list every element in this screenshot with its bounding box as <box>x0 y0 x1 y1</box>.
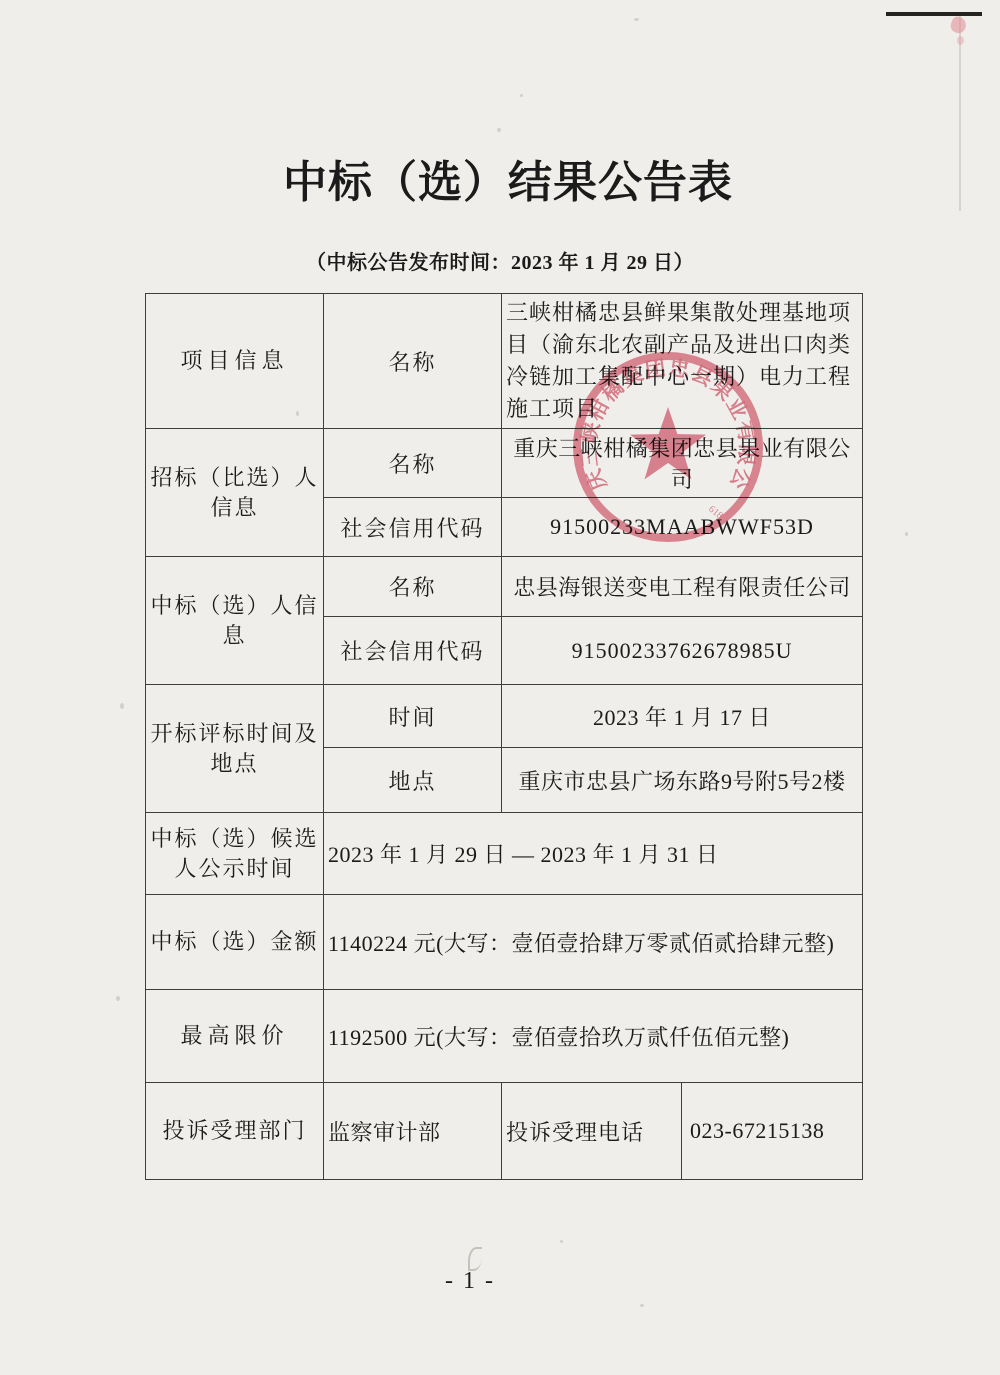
table-row: 招标（比选）人信息 名称 重庆三峡柑橘集团忠县果业有限公司 <box>146 429 863 498</box>
bid-opening-place-label: 地点 <box>324 748 502 813</box>
publicity-period-value: 2023 年 1 月 29 日 — 2023 年 1 月 31 日 <box>324 813 863 895</box>
scan-speck <box>905 532 908 536</box>
complaint-phone-value: 023-67215138 <box>682 1083 863 1180</box>
winner-name-value: 忠县海银送变电工程有限责任公司 <box>502 557 863 617</box>
scan-speck <box>116 996 120 1001</box>
table-row: 最高限价 1192500 元(大写：壹佰壹拾玖万贰仟伍佰元整) <box>146 990 863 1083</box>
scan-speck <box>634 18 639 21</box>
scan-artifact-red-smudge <box>957 36 964 45</box>
tenderer-credit-code-value: 91500233MAABWWF53D <box>502 498 863 557</box>
scanned-document-page: 中标（选）结果公告表 （中标公告发布时间：2023 年 1 月 29 日） 项目… <box>0 0 1000 1375</box>
publicity-period-label: 中标（选）候选人公示时间 <box>146 813 324 895</box>
bid-opening-time-value: 2023 年 1 月 17 日 <box>502 685 863 748</box>
scan-speck <box>520 94 523 97</box>
winner-credit-code-value: 91500233762678985U <box>502 617 863 685</box>
scan-artifact-corner-line <box>886 12 982 16</box>
bid-opening-label: 开标评标时间及地点 <box>146 685 324 813</box>
page-number: - 1 - <box>0 1268 940 1295</box>
table-row: 投诉受理部门 监察审计部 投诉受理电话 023-67215138 <box>146 1083 863 1180</box>
project-info-label: 项目信息 <box>146 294 324 429</box>
table-row: 中标（选）人信息 名称 忠县海银送变电工程有限责任公司 <box>146 557 863 617</box>
project-name-label: 名称 <box>324 294 502 429</box>
winner-credit-code-label: 社会信用代码 <box>324 617 502 685</box>
tenderer-info-label: 招标（比选）人信息 <box>146 429 324 557</box>
tenderer-name-value: 重庆三峡柑橘集团忠县果业有限公司 <box>502 429 863 498</box>
scan-artifact-red-smudge <box>949 15 969 35</box>
table-row: 中标（选）候选人公示时间 2023 年 1 月 29 日 — 2023 年 1 … <box>146 813 863 895</box>
complaint-phone-label: 投诉受理电话 <box>502 1083 682 1180</box>
scan-speck <box>497 128 501 132</box>
winning-amount-label: 中标（选）金额 <box>146 895 324 990</box>
complaint-dept-label: 投诉受理部门 <box>146 1083 324 1180</box>
project-name-value: 三峡柑橘忠县鲜果集散处理基地项目（渝东北农副产品及进出口肉类冷链加工集配中心一期… <box>502 294 863 429</box>
document-title: 中标（选）结果公告表 <box>8 146 1000 210</box>
price-ceiling-value: 1192500 元(大写：壹佰壹拾玖万贰仟伍佰元整) <box>324 990 863 1083</box>
table-row: 开标评标时间及地点 时间 2023 年 1 月 17 日 <box>146 685 863 748</box>
winner-info-label: 中标（选）人信息 <box>146 557 324 685</box>
scan-artifact-edge-line <box>959 16 961 211</box>
price-ceiling-label: 最高限价 <box>146 990 324 1083</box>
complaint-dept-value: 监察审计部 <box>324 1083 502 1180</box>
scan-speck <box>120 703 124 709</box>
bid-opening-time-label: 时间 <box>324 685 502 748</box>
scan-speck <box>640 1304 644 1307</box>
bid-opening-place-value: 重庆市忠县广场东路9号附5号2楼 <box>502 748 863 813</box>
table-row: 项目信息 名称 三峡柑橘忠县鲜果集散处理基地项目（渝东北农副产品及进出口肉类冷链… <box>146 294 863 429</box>
bid-result-table: 项目信息 名称 三峡柑橘忠县鲜果集散处理基地项目（渝东北农副产品及进出口肉类冷链… <box>145 293 863 1180</box>
announcement-date-subtitle: （中标公告发布时间：2023 年 1 月 29 日） <box>0 246 1000 275</box>
scan-speck <box>560 1240 563 1243</box>
tenderer-credit-code-label: 社会信用代码 <box>324 498 502 557</box>
tenderer-name-label: 名称 <box>324 429 502 498</box>
winner-name-label: 名称 <box>324 557 502 617</box>
scan-speck <box>296 411 299 416</box>
table-row: 中标（选）金额 1140224 元(大写：壹佰壹拾肆万零贰佰贰拾肆元整) <box>146 895 863 990</box>
winning-amount-value: 1140224 元(大写：壹佰壹拾肆万零贰佰贰拾肆元整) <box>324 895 863 990</box>
